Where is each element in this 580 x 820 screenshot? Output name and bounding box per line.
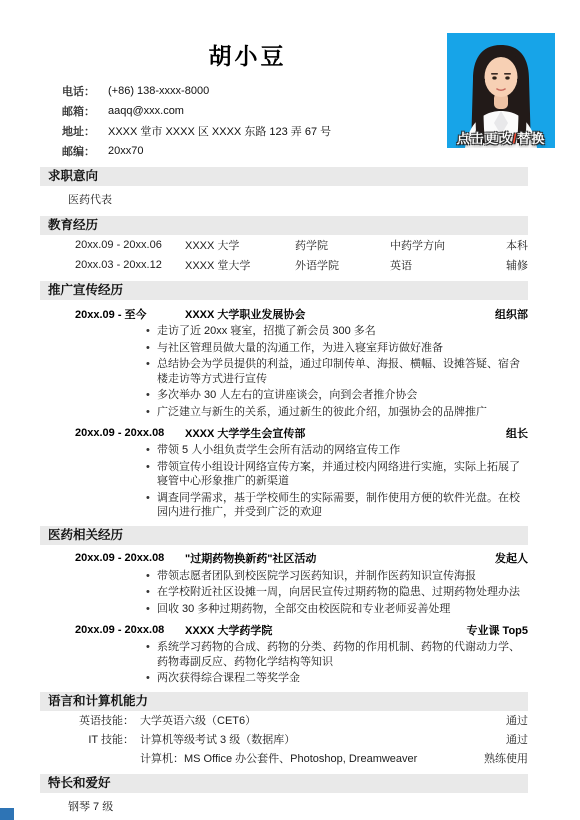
contact-label: 电话： xyxy=(62,83,108,99)
skill-label: IT 技能： xyxy=(62,731,134,747)
bullet-item: 调查同学需求，基于学校师生的实际需要，制作使用方便的软件光盘。在校园内进行推广，… xyxy=(40,491,528,520)
experience-organization: XXXX 大学职业发展协会 xyxy=(185,306,495,322)
experience-bullets: 带领 5 人小组负责学生会所有活动的网络宣传工作 带领宣传小组设计网络宣传方案，… xyxy=(40,443,528,520)
experience-bullets: 系统学习药物的合成、药物的分类、药物的作用机制、药物的代谢动力学、药物毒副反应、… xyxy=(40,640,528,686)
section-header-hobbies: 特长和爱好 xyxy=(40,774,528,793)
section-header-objective: 求职意向 xyxy=(40,167,528,186)
section-title: 特长和爱好 xyxy=(48,776,111,790)
experience-organization: XXXX 大学药学院 xyxy=(185,622,466,638)
bullet-item: 在学校附近社区设摊一周，向居民宣传过期药物的隐患、过期药物处理办法 xyxy=(40,585,528,600)
hobby-value: 钢琴 7 级 xyxy=(40,793,528,817)
section-header-skills: 语言和计算机能力 xyxy=(40,692,528,711)
bullet-item: 总结协会为学员提供的利益，通过印制传单、海报、横幅、设摊答疑、宿舍楼走访等方式进… xyxy=(40,357,528,386)
bullet-item: 回收 30 多种过期药物，全部交由校医院和专业老师妥善处理 xyxy=(40,602,528,617)
section-title: 医药相关经历 xyxy=(48,528,123,542)
education-school: XXXX 大学 xyxy=(185,237,295,253)
bullet-item: 带领 5 人小组负责学生会所有活动的网络宣传工作 xyxy=(40,443,528,458)
experience-bullets: 带领志愿者团队到校医院学习医药知识，并制作医药知识宣传海报 在学校附近社区设摊一… xyxy=(40,569,528,617)
section-title: 语言和计算机能力 xyxy=(48,694,148,708)
bullet-item: 与社区管理员做大量的沟通工作，为进入寝室拜访做好准备 xyxy=(40,341,528,356)
skill-value: 大学英语六级（CET6） xyxy=(140,712,506,728)
skill-status: 通过 xyxy=(506,712,528,728)
page-title: 胡小豆 xyxy=(40,38,455,71)
skill-value: 计算机：MS Office 办公套件、Photoshop, Dreamweave… xyxy=(140,750,484,766)
corner-accent-square xyxy=(0,808,14,820)
education-major: 中药学方向 xyxy=(390,237,506,253)
contact-label: 邮箱： xyxy=(62,103,108,119)
experience-role: 组长 xyxy=(506,425,528,441)
contact-value: (+86) 138-xxxx-8000 xyxy=(108,85,209,97)
experience-header: 20xx.09 - 至今 XXXX 大学职业发展协会 组织部 xyxy=(40,305,528,322)
experience-header: 20xx.09 - 20xx.08 XXXX 大学药学院 专业课 Top5 xyxy=(40,621,528,638)
experience-date: 20xx.09 - 至今 xyxy=(75,306,185,322)
education-row: 20xx.09 - 20xx.06 XXXX 大学 药学院 中药学方向 本科 xyxy=(40,235,528,255)
bullet-item: 多次举办 30 人左右的宣讲座谈会，向到会者推介协会 xyxy=(40,388,528,403)
experience-organization: "过期药物换新药"社区活动 xyxy=(185,550,495,566)
caption-suffix: 替换 xyxy=(517,131,545,146)
section-header-promotion: 推广宣传经历 xyxy=(40,281,528,300)
education-date: 20xx.09 - 20xx.06 xyxy=(75,239,185,251)
contact-label: 地址： xyxy=(62,123,108,139)
skill-value: 计算机等级考试 3 级（数据库） xyxy=(140,731,506,747)
skill-label: 英语技能： xyxy=(62,712,134,728)
section-title: 教育经历 xyxy=(48,218,98,232)
photo-change-overlay[interactable]: 点击更改/替换 xyxy=(447,128,555,147)
education-college: 外语学院 xyxy=(295,257,390,273)
experience-organization: XXXX 大学学生会宣传部 xyxy=(185,425,506,441)
experience-role: 组织部 xyxy=(495,306,528,322)
education-major: 英语 xyxy=(390,257,506,273)
education-degree: 本科 xyxy=(506,237,528,253)
education-college: 药学院 xyxy=(295,237,390,253)
experience-date: 20xx.09 - 20xx.08 xyxy=(75,624,185,636)
bullet-item: 系统学习药物的合成、药物的分类、药物的作用机制、药物的代谢动力学、药物毒副反应、… xyxy=(40,640,528,669)
section-title: 推广宣传经历 xyxy=(48,283,123,297)
bullet-item: 广泛建立与新生的关系，通过新生的彼此介绍，加强协会的品牌推广 xyxy=(40,405,528,420)
section-header-education: 教育经历 xyxy=(40,216,528,235)
contact-value: aaqq@xxx.com xyxy=(108,105,184,117)
caption-prefix: 点击更改 xyxy=(457,131,513,146)
bullet-item: 带领宣传小组设计网络宣传方案，并通过校内网络进行实施，实际上拓展了寝管中心形象推… xyxy=(40,460,528,489)
section-header-medical: 医药相关经历 xyxy=(40,526,528,545)
skill-row-english: 英语技能： 大学英语六级（CET6） 通过 xyxy=(40,711,528,730)
bullet-item: 走访了近 20xx 寝室，招揽了新会员 300 多名 xyxy=(40,324,528,339)
education-school: XXXX 堂大学 xyxy=(185,257,295,273)
bullet-item: 两次获得综合课程二等奖学金 xyxy=(40,671,528,686)
experience-role: 专业课 Top5 xyxy=(466,622,528,638)
education-degree: 辅修 xyxy=(506,257,528,273)
skill-row-computer: 计算机：MS Office 办公套件、Photoshop, Dreamweave… xyxy=(40,749,528,768)
contact-label: 邮编： xyxy=(62,143,108,159)
contact-value: 20xx70 xyxy=(108,145,143,157)
skill-row-it: IT 技能： 计算机等级考试 3 级（数据库） 通过 xyxy=(40,730,528,749)
skill-status: 通过 xyxy=(506,731,528,747)
resume-page: 胡小豆 电话： (+86) 138-xxxx-8000 邮箱： aaqq@xxx… xyxy=(0,0,580,820)
skill-status: 熟练使用 xyxy=(484,750,528,766)
experience-date: 20xx.09 - 20xx.08 xyxy=(75,552,185,564)
education-date: 20xx.03 - 20xx.12 xyxy=(75,259,185,271)
experience-header: 20xx.09 - 20xx.08 XXXX 大学学生会宣传部 组长 xyxy=(40,424,528,441)
bullet-item: 带领志愿者团队到校医院学习医药知识，并制作医药知识宣传海报 xyxy=(40,569,528,584)
experience-header: 20xx.09 - 20xx.08 "过期药物换新药"社区活动 发起人 xyxy=(40,550,528,567)
objective-value: 医药代表 xyxy=(40,186,528,210)
section-title: 求职意向 xyxy=(48,169,98,183)
education-row: 20xx.03 - 20xx.12 XXXX 堂大学 外语学院 英语 辅修 xyxy=(40,255,528,275)
experience-date: 20xx.09 - 20xx.08 xyxy=(75,427,185,439)
experience-role: 发起人 xyxy=(495,550,528,566)
profile-photo[interactable]: 点击更改/替换 xyxy=(447,33,555,148)
experience-bullets: 走访了近 20xx 寝室，招揽了新会员 300 多名 与社区管理员做大量的沟通工… xyxy=(40,324,528,419)
contact-value: XXXX 堂市 XXXX 区 XXXX 东路 123 弄 67 号 xyxy=(108,123,331,139)
